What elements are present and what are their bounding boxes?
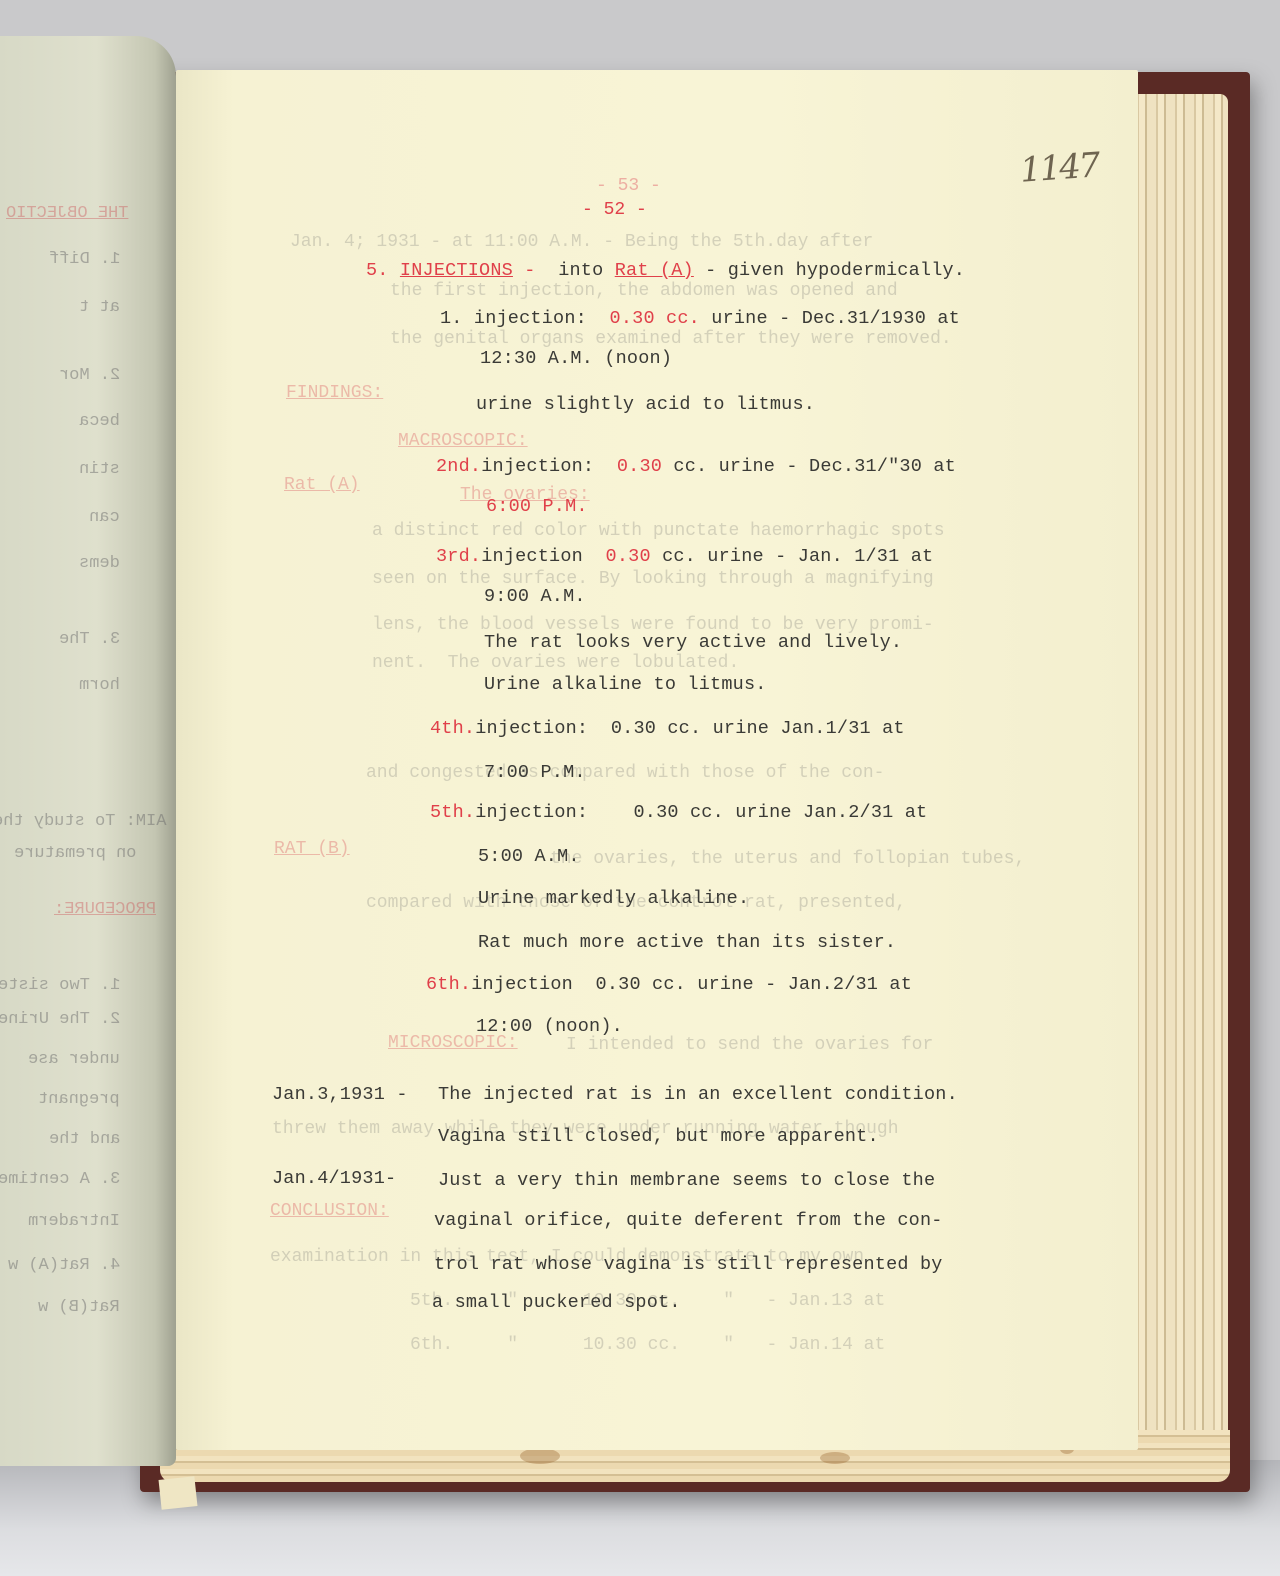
left-line: 4. Rat(A) w [8, 1256, 120, 1275]
injection-5-note: Urine markedly alkaline. [478, 888, 749, 910]
heading-into: into [558, 260, 603, 281]
left-line: pregnant [38, 1090, 120, 1109]
left-line: AIM: To study the [0, 812, 166, 831]
page-number: - 52 - [582, 200, 647, 220]
injection-label: injection [481, 546, 583, 567]
left-line: 3. The [59, 630, 120, 649]
bleed-text: seen on the surface. By looking through … [372, 568, 934, 590]
left-page: THE OBJECTIO 1. Diff at t 2. Mor beca st… [0, 36, 176, 1466]
left-heading: PROCEDURE: [54, 900, 156, 919]
log-line: vaginal orifice, quite deferent from the… [434, 1210, 943, 1232]
injection-2-time: 6:00 P.M. [486, 496, 588, 518]
injection-3: 3rd.injection 0.30 cc. urine - Jan. 1/31… [436, 546, 933, 568]
bleed-text: and congested as compared with those of … [366, 762, 884, 784]
injection-ordinal: 4th. [430, 718, 475, 739]
injection-5-note: Rat much more active than its sister. [478, 932, 896, 954]
left-line: can [89, 508, 120, 527]
log-date: Jan.3,1931 - [272, 1084, 408, 1106]
left-line: 2. Mor [59, 366, 120, 385]
injection-1: 1. injection: 0.30 cc. urine - Dec.31/19… [440, 308, 960, 330]
injection-6-time: 12:00 (noon). [476, 1016, 623, 1038]
bleed-text: the genital organs examined after they w… [390, 328, 952, 350]
injection-label: 1. injection: [440, 308, 587, 329]
bleed-text: the ovaries, the uterus and follopian tu… [550, 848, 1025, 870]
bleed-text: Jan. 4; 1931 - at 11:00 A.M. - Being the… [290, 231, 873, 253]
section-heading: 5. INJECTIONS - into Rat (A) - given hyp… [366, 260, 965, 282]
injection-label: injection: [475, 802, 588, 823]
left-line: 2. The Urine [0, 1010, 120, 1029]
injection-dose: 0.30 cc. [596, 974, 686, 995]
injection-1-note: urine slightly acid to litmus. [476, 394, 815, 416]
heading-dash: - [524, 260, 535, 281]
injection-text: urine - Jan.2/31 at [697, 974, 912, 995]
injection-dose: 0.30 cc. [610, 308, 700, 329]
heading-rest: - given hypodermically. [705, 260, 965, 281]
subject-rat-a: Rat (A) [615, 260, 694, 281]
left-line: on premature [14, 844, 136, 863]
left-line: horm [79, 676, 120, 695]
bleed-label-rat-a: Rat (A) [284, 474, 360, 496]
bleed-text: nent. The ovaries were lobulated. [372, 652, 739, 674]
log-line: Vagina still closed, but more apparent. [438, 1126, 879, 1148]
injection-ordinal: 5th. [430, 802, 475, 823]
bleed-text: a distinct red color with punctate haemo… [372, 520, 945, 542]
injection-dose: 0.30 cc. [611, 718, 701, 739]
bleed-text: the first injection, the abdomen was ope… [390, 280, 898, 302]
injection-5-time: 5:00 A.M. [478, 846, 580, 868]
left-line: stin [79, 460, 120, 479]
faint-page-number: - 53 - [596, 176, 661, 196]
injection-dose: 0.30 [606, 546, 651, 567]
left-line: under ase [28, 1050, 120, 1069]
injection-1-time: 12:30 A.M. (noon) [480, 348, 672, 370]
left-line: dems [79, 554, 120, 573]
left-line: at t [79, 298, 120, 317]
left-line: 3. A centime [0, 1170, 120, 1189]
log-date: Jan.4/1931- [272, 1168, 396, 1190]
injection-3-time: 9:00 A.M. [484, 586, 586, 608]
injection-4-time: 7:00 P.M. [484, 762, 586, 784]
injection-label: injection: [475, 718, 588, 739]
page-stack-edge [1128, 94, 1228, 1479]
injection-2: 2nd.injection: 0.30 cc. urine - Dec.31/"… [436, 456, 956, 478]
log-line: Just a very thin membrane seems to close… [438, 1170, 935, 1192]
section-title: INJECTIONS [400, 260, 513, 281]
left-heading: THE OBJECTIO [6, 204, 128, 223]
injection-dose: 0.30 [617, 456, 662, 477]
injection-text: urine Jan.2/31 at [735, 802, 927, 823]
injection-ordinal: 2nd. [436, 456, 481, 477]
section-number: 5. [366, 260, 389, 281]
injection-3-note: The rat looks very active and lively. [484, 632, 902, 654]
left-line: Intraderm [28, 1212, 120, 1231]
bleed-label-macroscopic: MACROSCOPIC: [398, 430, 528, 452]
injection-label: injection: [481, 456, 594, 477]
page-tab [159, 1476, 198, 1510]
injection-text: cc. urine - Jan. 1/31 at [662, 546, 933, 567]
injection-6: 6th.injection 0.30 cc. urine - Jan.2/31 … [426, 974, 912, 996]
bleed-label-conclusion: CONCLUSION: [270, 1200, 389, 1222]
log-line: a small puckered spot. [432, 1292, 681, 1314]
injection-ordinal: 6th. [426, 974, 471, 995]
log-line: trol rat whose vagina is still represent… [434, 1254, 943, 1276]
injection-ordinal: 3rd. [436, 546, 481, 567]
left-line: 1. Two siste [0, 976, 120, 995]
injection-text: urine Jan.1/31 at [713, 718, 905, 739]
left-line: Rat(B) w [38, 1298, 120, 1317]
injection-text: urine - Dec.31/1930 at [711, 308, 960, 329]
bleed-label-rat-b: RAT (B) [274, 838, 350, 860]
injection-3-note: Urine alkaline to litmus. [484, 674, 767, 696]
injection-text: cc. urine - Dec.31/"30 at [673, 456, 956, 477]
log-line: The injected rat is in an excellent cond… [438, 1084, 958, 1106]
injection-label: injection [471, 974, 573, 995]
injection-dose: 0.30 cc. [633, 802, 723, 823]
left-line: beca [79, 412, 120, 431]
handwritten-page-number: 1147 [1019, 145, 1100, 190]
bleed-label-findings: FINDINGS: [286, 382, 383, 404]
bleed-text: 6th. " 10.30 cc. " - Jan.14 at [410, 1334, 885, 1356]
left-line: 1. Diff [49, 250, 120, 269]
left-line: and the [49, 1130, 120, 1149]
injection-5: 5th.injection: 0.30 cc. urine Jan.2/31 a… [430, 802, 927, 824]
injection-4: 4th.injection: 0.30 cc. urine Jan.1/31 a… [430, 718, 905, 740]
